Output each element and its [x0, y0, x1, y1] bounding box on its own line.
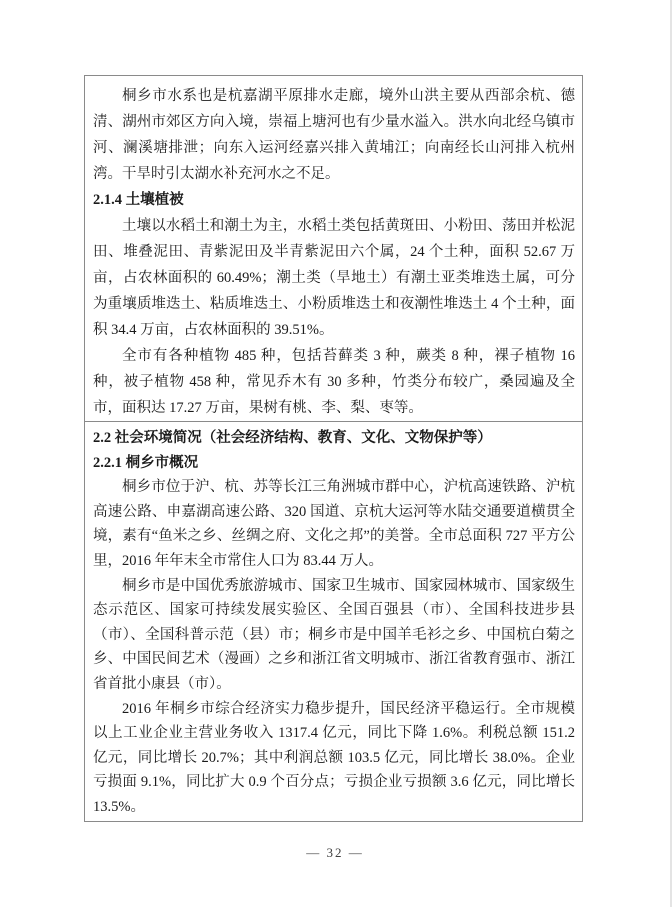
paragraph-tongxiang-location: 桐乡市位于沪、杭、苏等长江三角洲城市群中心，沪杭高速铁路、沪杭高速公路、申嘉湖高…: [93, 475, 575, 573]
paragraph-water-system: 桐乡市水系也是杭嘉湖平原排水走廊，境外山洪主要从西部余杭、德清、湖州市郊区方向入…: [93, 83, 575, 187]
document-page: 桐乡市水系也是杭嘉湖平原排水走廊，境外山洪主要从西部余杭、德清、湖州市郊区方向入…: [0, 0, 672, 907]
paragraph-soil-types: 土壤以水稻土和潮土为主，水稻土类包括黄斑田、小粉田、荡田并松泥田、堆叠泥田、青紫…: [93, 213, 575, 343]
paragraph-tongxiang-economy: 2016 年桐乡市综合经济实力稳步提升，国民经济平稳运行。全市规模以上工业企业主…: [93, 697, 575, 820]
content-frame: 桐乡市水系也是杭嘉湖平原排水走廊，境外山洪主要从西部余杭、德清、湖州市郊区方向入…: [84, 75, 583, 822]
heading-soil-vegetation: 2.1.4 土壤植被: [93, 187, 575, 213]
section-social-environment: 2.2 社会环境简况（社会经济结构、教育、文化、文物保护等） 2.2.1 桐乡市…: [85, 422, 582, 821]
section-physical-environment: 桐乡市水系也是杭嘉湖平原排水走廊，境外山洪主要从西部余杭、德清、湖州市郊区方向入…: [85, 76, 582, 422]
paragraph-tongxiang-honors: 桐乡市是中国优秀旅游城市、国家卫生城市、国家园林城市、国家级生态示范区、国家可持…: [93, 574, 575, 697]
heading-social-environment: 2.2 社会环境简况（社会经济结构、教育、文化、文物保护等）: [93, 426, 575, 451]
paragraph-plant-species: 全市有各种植物 485 种，包括苔藓类 3 种，蕨类 8 种，裸子植物 16 种…: [93, 343, 575, 421]
page-number: — 32 —: [0, 845, 670, 861]
heading-wutong-overview: 2.2.2 梧桐街道概况: [93, 820, 575, 822]
heading-tongxiang-overview: 2.2.1 桐乡市概况: [93, 451, 575, 476]
